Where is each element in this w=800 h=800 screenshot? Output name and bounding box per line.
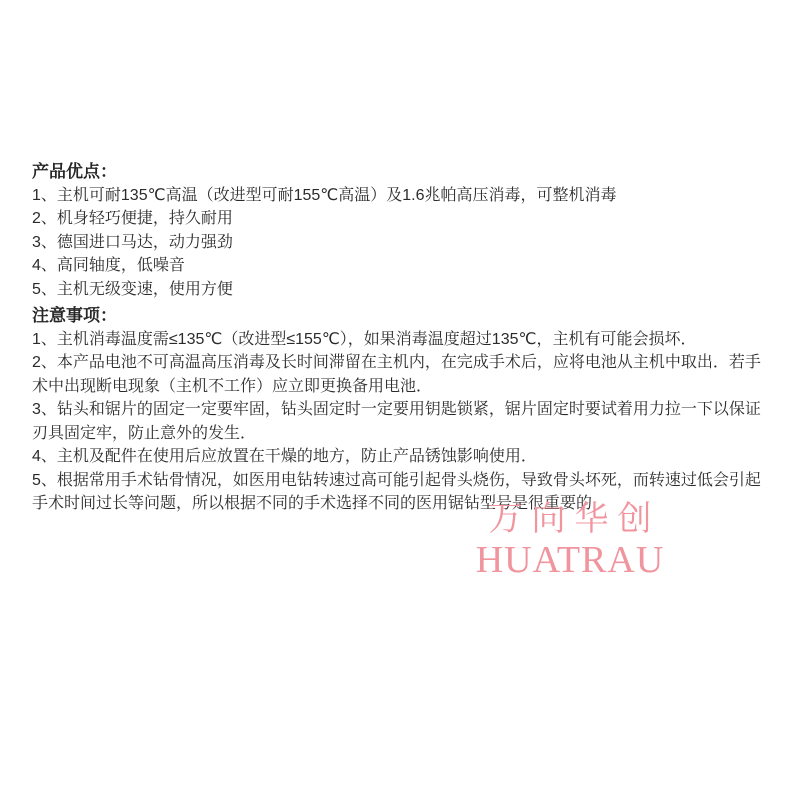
product-description-page: 产品优点： 1、主机可耐135℃高温（改进型可耐155℃高温）及1.6兆帕高压消…	[0, 0, 800, 800]
section-product-advantages: 产品优点： 1、主机可耐135℃高温（改进型可耐155℃高温）及1.6兆帕高压消…	[32, 160, 774, 301]
section-title-precautions: 注意事项：	[32, 304, 774, 328]
document-body: 产品优点： 1、主机可耐135℃高温（改进型可耐155℃高温）及1.6兆帕高压消…	[32, 160, 774, 516]
precaution-item-3: 3、钻头和锯片的固定一定要牢固，钻头固定时一定要用钥匙锁紧，锯片固定时要试着用力…	[32, 398, 774, 445]
section-title-advantages: 产品优点：	[32, 160, 774, 184]
advantage-item-3: 3、德国进口马达，动力强劲	[32, 231, 774, 255]
advantage-item-1: 1、主机可耐135℃高温（改进型可耐155℃高温）及1.6兆帕高压消毒，可整机消…	[32, 184, 774, 208]
watermark-latin-text: HUATRAU	[476, 540, 665, 580]
advantage-item-4: 4、高同轴度，低噪音	[32, 254, 774, 278]
section-precautions: 注意事项： 1、主机消毒温度需≤135℃（改进型≤155℃），如果消毒温度超过1…	[32, 304, 774, 516]
precaution-item-5: 5、根据常用手术钻骨情况，如医用电钻转速过高可能引起骨头烧伤，导致骨头坏死，而转…	[32, 469, 774, 516]
precaution-item-1: 1、主机消毒温度需≤135℃（改进型≤155℃），如果消毒温度超过135℃，主机…	[32, 328, 774, 352]
precaution-item-4: 4、主机及配件在使用后应放置在干燥的地方，防止产品锈蚀影响使用．	[32, 445, 774, 469]
precaution-item-2: 2、本产品电池不可高温高压消毒及长时间滞留在主机内，在完成手术后，应将电池从主机…	[32, 351, 774, 398]
advantage-item-2: 2、机身轻巧便捷，持久耐用	[32, 207, 774, 231]
advantage-item-5: 5、主机无级变速，使用方便	[32, 278, 774, 302]
